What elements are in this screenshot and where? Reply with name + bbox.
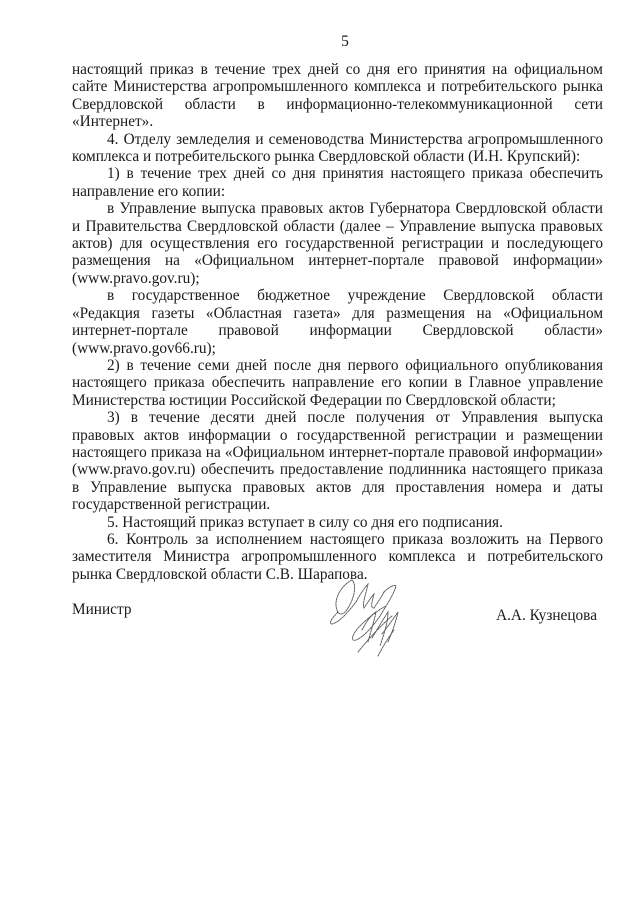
- page-number: 5: [0, 33, 640, 50]
- paragraph-continuation: настоящий приказ в течение трех дней со …: [72, 61, 603, 131]
- paragraph-subitem-2: 2) в течение семи дней после дня первого…: [72, 357, 603, 409]
- signatory-name: А.А. Кузнецова: [496, 607, 597, 624]
- document-body: настоящий приказ в течение трех дней со …: [72, 61, 603, 583]
- signature-icon: [322, 572, 412, 662]
- paragraph-subitem-3: 3) в течение десяти дней после получения…: [72, 409, 603, 513]
- paragraph-item-5: 5. Настоящий приказ вступает в силу со д…: [72, 514, 603, 531]
- paragraph-recipient-2: в государственное бюджетное учреждение С…: [72, 287, 603, 357]
- paragraph-subitem-1: 1) в течение трех дней со дня принятия н…: [72, 165, 603, 200]
- paragraph-item-4: 4. Отделу земледелия и семеноводства Мин…: [72, 131, 603, 166]
- signatory-title: Министр: [72, 601, 131, 618]
- paragraph-recipient-1: в Управление выпуска правовых актов Губе…: [72, 200, 603, 287]
